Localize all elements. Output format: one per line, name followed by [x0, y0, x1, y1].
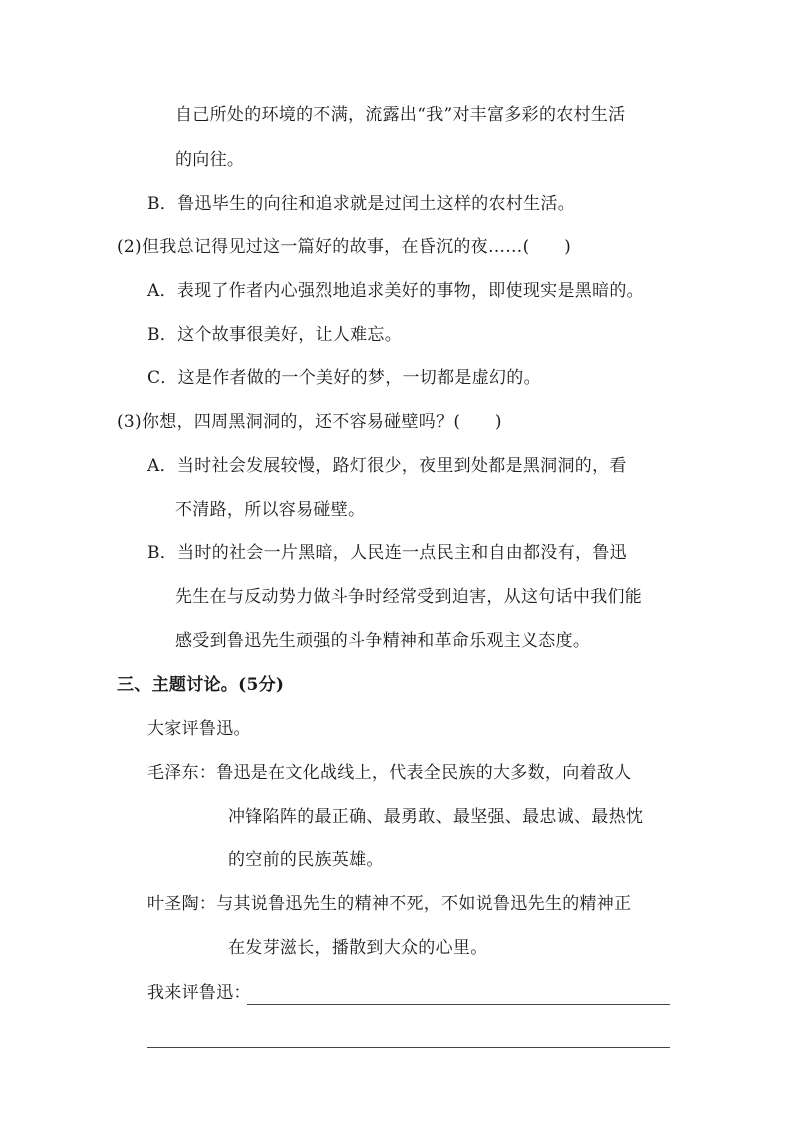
q3-option-b-line1: B．当时的社会一片黑暗，人民连一点民主和自由都没有，鲁迅 [147, 542, 627, 564]
q3-option-a-line2: 不清路，所以容易碰壁。 [175, 499, 365, 521]
section3-heading: 三、主题讨论。(5分) [117, 674, 284, 696]
section3-intro: 大家评鲁迅。 [147, 718, 251, 740]
q3-option-a-line1: A．当时社会发展较慢，路灯很少，夜里到处都是黑洞洞的，看 [147, 455, 627, 477]
q1-option-a-line2: 自己所处的环境的不满，流露出“我”对丰富多彩的农村生活 [175, 104, 625, 126]
q1-option-a-line3: 的向往。 [175, 149, 244, 171]
my-review-answer-line1[interactable] [247, 1004, 670, 1005]
mao-quote-line2: 冲锋陷阵的最正确、最勇敢、最坚强、最忠诚、最热忱 [228, 806, 643, 828]
mao-quote-line3: 的空前的民族英雄。 [228, 849, 384, 871]
q3-option-b-line3: 感受到鲁迅先生顽强的斗争精神和革命乐观主义态度。 [175, 630, 590, 652]
q2-option-c: C．这是作者做的一个美好的梦，一切都是虚幻的。 [147, 367, 541, 389]
q3-option-b-line2: 先生在与反动势力做斗争时经常受到迫害，从这句话中我们能 [175, 586, 642, 608]
mao-quote-line1: 毛泽东：鲁迅是在文化战线上，代表全民族的大多数，向着敌人 [147, 762, 631, 784]
q2-option-b: B．这个故事很美好，让人难忘。 [147, 324, 402, 346]
ye-quote-line1: 叶圣陶：与其说鲁迅先生的精神不死，不如说鲁迅先生的精神正 [147, 893, 631, 915]
my-review-answer-line2[interactable] [147, 1047, 670, 1048]
ye-quote-line2: 在发芽滋长，播散到大众的心里。 [228, 937, 488, 959]
q3-stem: (3)你想，四周黑洞洞的，还不容易碰壁吗？( ) [117, 411, 502, 433]
q2-stem: (2)但我总记得见过这一篇好的故事，在昏沉的夜……( ) [117, 236, 571, 258]
q2-option-a: A．表现了作者内心强烈地追求美好的事物，即使现实是黑暗的。 [147, 280, 644, 302]
my-review-label: 我来评鲁迅： [147, 982, 251, 1004]
q1-option-b: B．鲁迅毕生的向往和追求就是过闰土这样的农村生活。 [147, 193, 575, 215]
